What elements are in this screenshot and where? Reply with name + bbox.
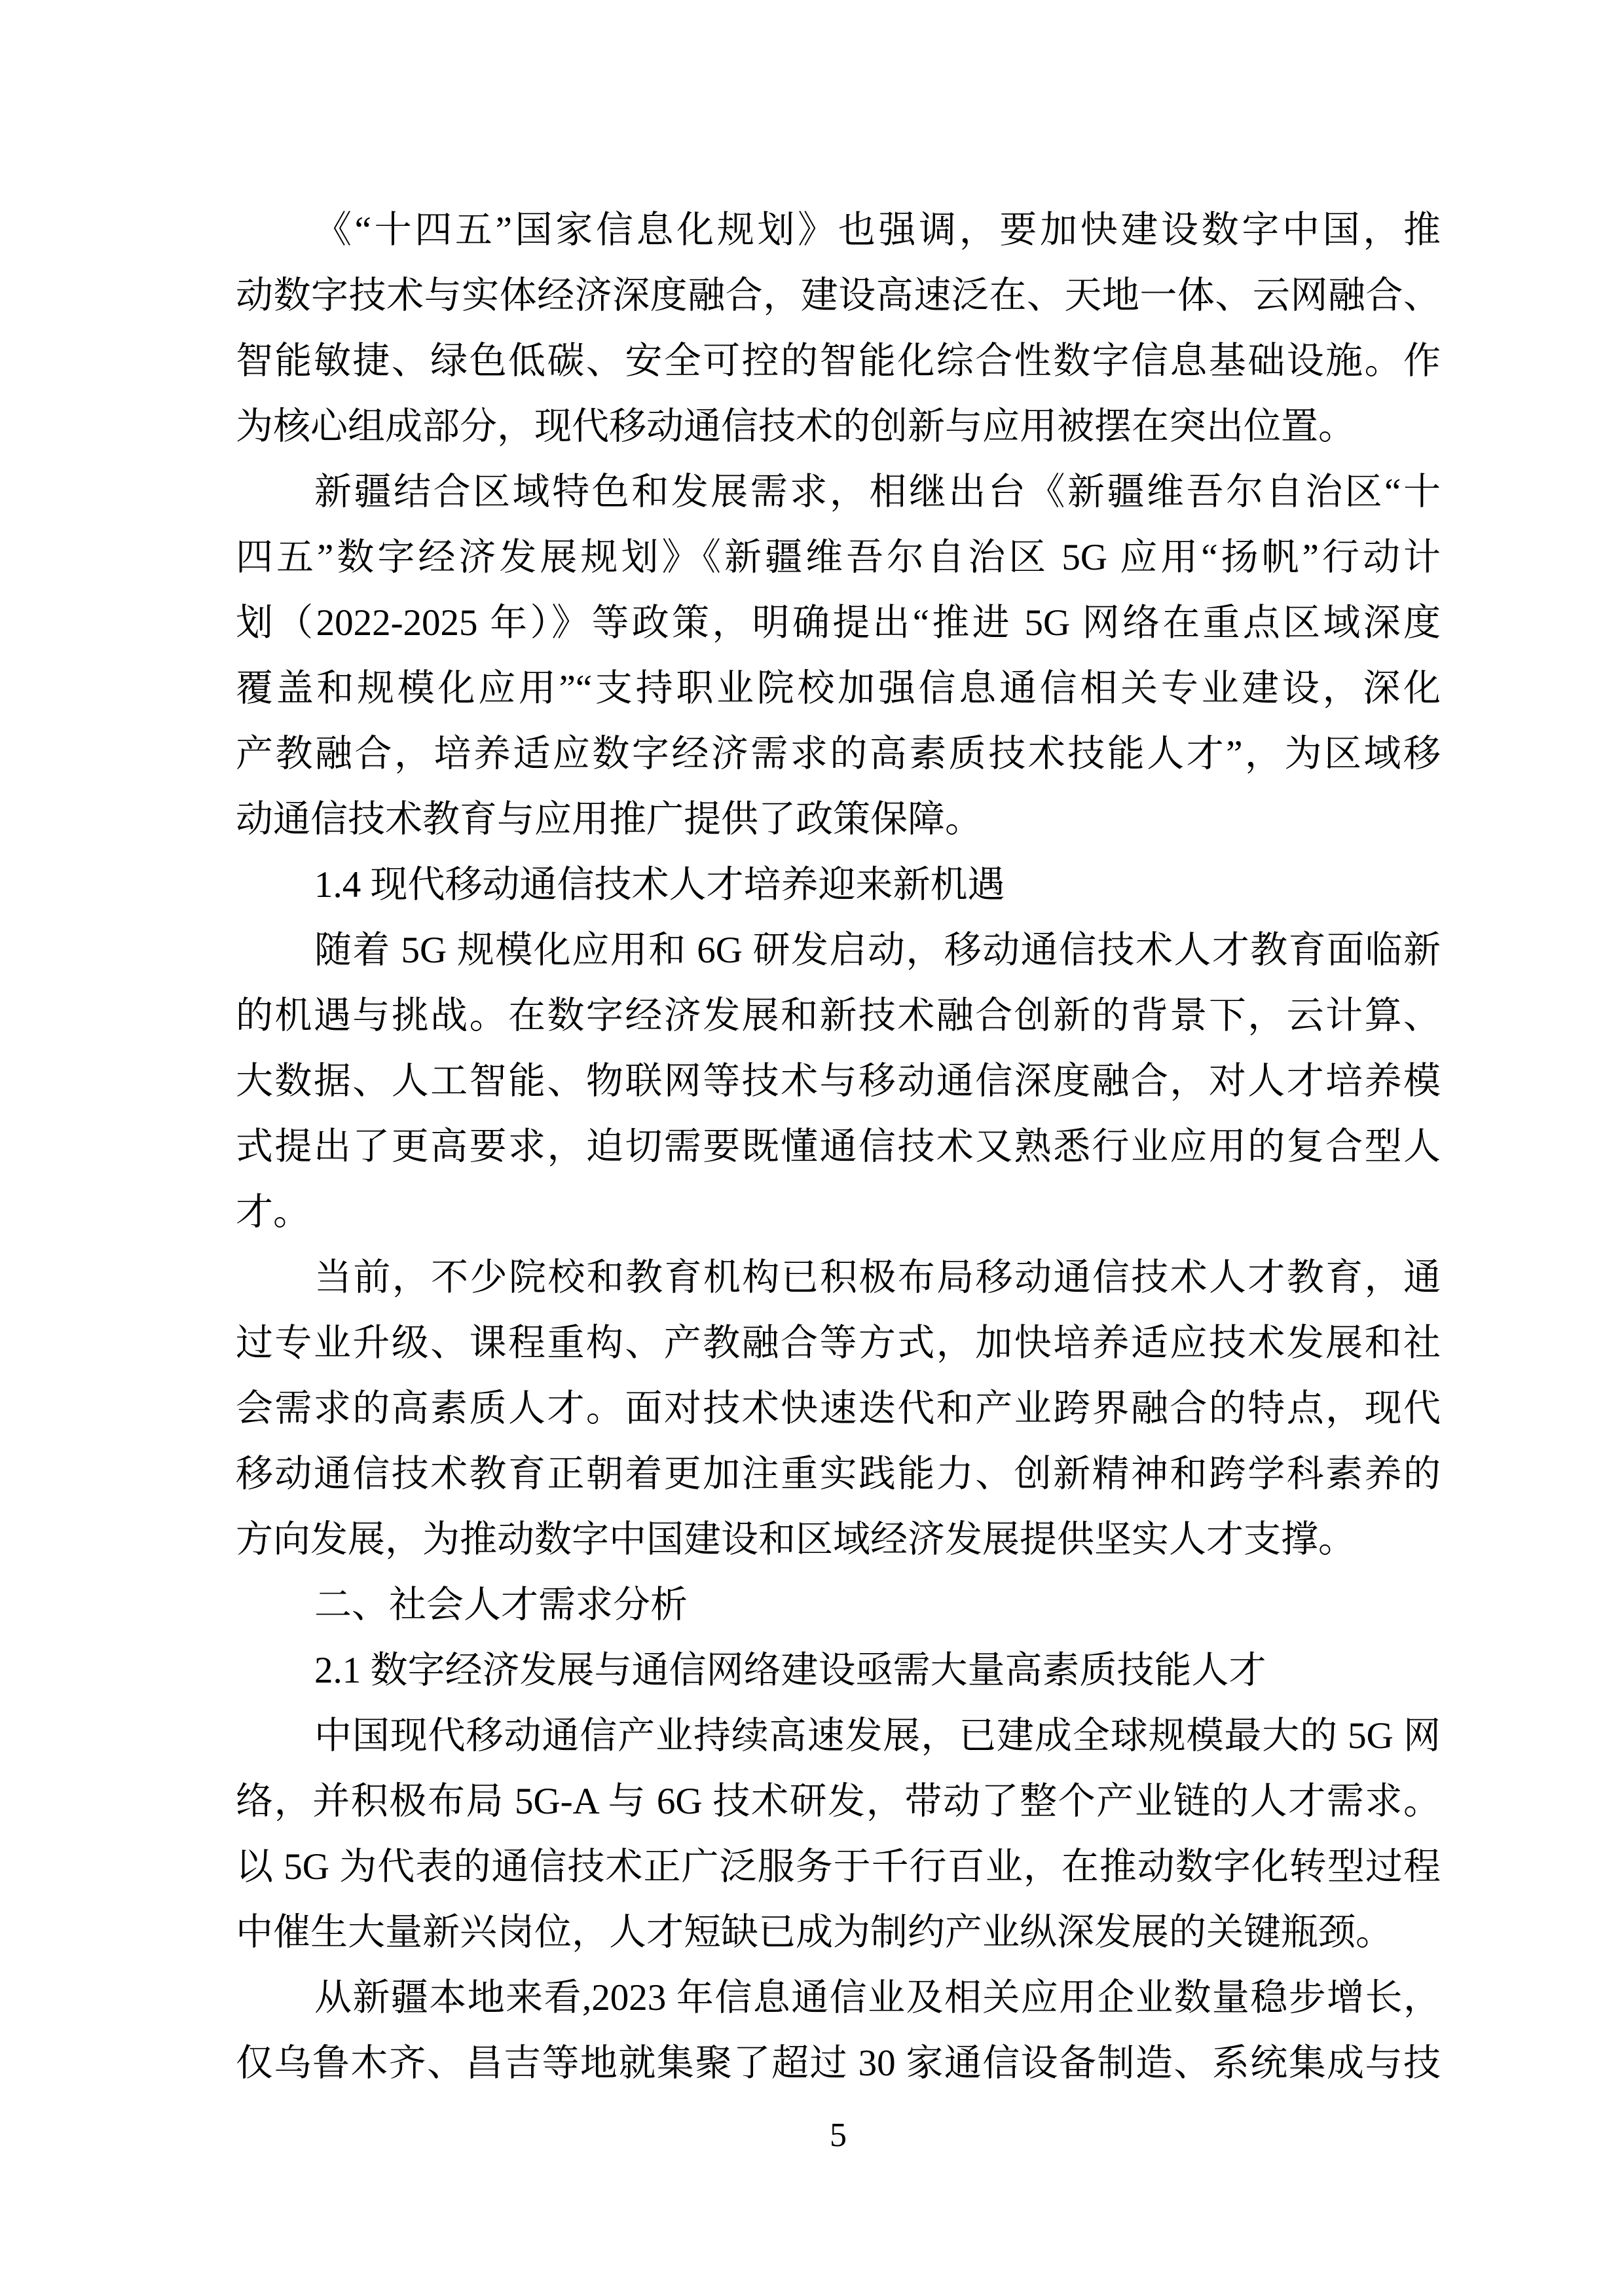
text-line: 大数据、人工智能、物联网等技术与移动通信深度融合，对人才培养模: [236, 1049, 1441, 1114]
heading-line: 二、社会人才需求分析: [236, 1573, 1441, 1638]
text-line: 四五”数字经济发展规划》《新疆维吾尔自治区 5G 应用“扬帆”行动计: [236, 525, 1441, 591]
text-line: 划（2022-2025 年）》等政策，明确提出“推进 5G 网络在重点区域深度: [236, 591, 1441, 656]
text-line: 动数字技术与实体经济深度融合，建设高速泛在、天地一体、云网融合、: [236, 263, 1441, 329]
text-line: 《“十四五”国家信息化规划》也强调，要加快建设数字中国，推: [236, 198, 1441, 263]
document-page: 《“十四五”国家信息化规划》也强调，要加快建设数字中国，推动数字技术与实体经济深…: [0, 0, 1624, 2296]
text-line: 产教融合，培养适应数字经济需求的高素质技术技能人才”，为区域移: [236, 721, 1441, 787]
page-footer: 5: [236, 2103, 1441, 2168]
document-body: 《“十四五”国家信息化规划》也强调，要加快建设数字中国，推动数字技术与实体经济深…: [236, 198, 1441, 2096]
text-line: 中国现代移动通信产业持续高速发展，已建成全球规模最大的 5G 网: [236, 1704, 1441, 1769]
text-line: 的机遇与挑战。在数字经济发展和新技术融合创新的背景下，云计算、: [236, 983, 1441, 1049]
text-line: 才。: [236, 1180, 1441, 1245]
text-line: 为核心组成部分，现代移动通信技术的创新与应用被摆在突出位置。: [236, 394, 1441, 460]
heading-line: 2.1 数字经济发展与通信网络建设亟需大量高素质技能人才: [236, 1638, 1441, 1704]
text-line: 当前，不少院校和教育机构已积极布局移动通信技术人才教育，通: [236, 1245, 1441, 1311]
heading-line: 1.4 现代移动通信技术人才培养迎来新机遇: [236, 852, 1441, 918]
text-line: 移动通信技术教育正朝着更加注重实践能力、创新精神和跨学科素养的: [236, 1442, 1441, 1507]
text-line: 从新疆本地来看,2023 年信息通信业及相关应用企业数量稳步增长，: [236, 1965, 1441, 2031]
text-line: 随着 5G 规模化应用和 6G 研发启动，移动通信技术人才教育面临新: [236, 918, 1441, 983]
text-line: 式提出了更高要求，迫切需要既懂通信技术又熟悉行业应用的复合型人: [236, 1114, 1441, 1180]
text-line: 仅乌鲁木齐、昌吉等地就集聚了超过 30 家通信设备制造、系统集成与技: [236, 2031, 1441, 2096]
text-line: 过专业升级、课程重构、产教融合等方式，加快培养适应技术发展和社: [236, 1311, 1441, 1376]
text-line: 会需求的高素质人才。面对技术快速迭代和产业跨界融合的特点，现代: [236, 1376, 1441, 1442]
text-line: 新疆结合区域特色和发展需求，相继出台《新疆维吾尔自治区“十: [236, 460, 1441, 525]
text-line: 络，并积极布局 5G-A 与 6G 技术研发，带动了整个产业链的人才需求。: [236, 1769, 1441, 1834]
text-line: 覆盖和规模化应用”“支持职业院校加强信息通信相关专业建设，深化: [236, 656, 1441, 721]
text-line: 智能敏捷、绿色低碳、安全可控的智能化综合性数字信息基础设施。作: [236, 329, 1441, 394]
text-line: 方向发展，为推动数字中国建设和区域经济发展提供坚实人才支撑。: [236, 1507, 1441, 1573]
text-line: 动通信技术教育与应用推广提供了政策保障。: [236, 787, 1441, 852]
text-line: 以 5G 为代表的通信技术正广泛服务于千行百业，在推动数字化转型过程: [236, 1834, 1441, 1900]
text-line: 中催生大量新兴岗位，人才短缺已成为制约产业纵深发展的关键瓶颈。: [236, 1900, 1441, 1965]
page-number: 5: [236, 2103, 1441, 2168]
